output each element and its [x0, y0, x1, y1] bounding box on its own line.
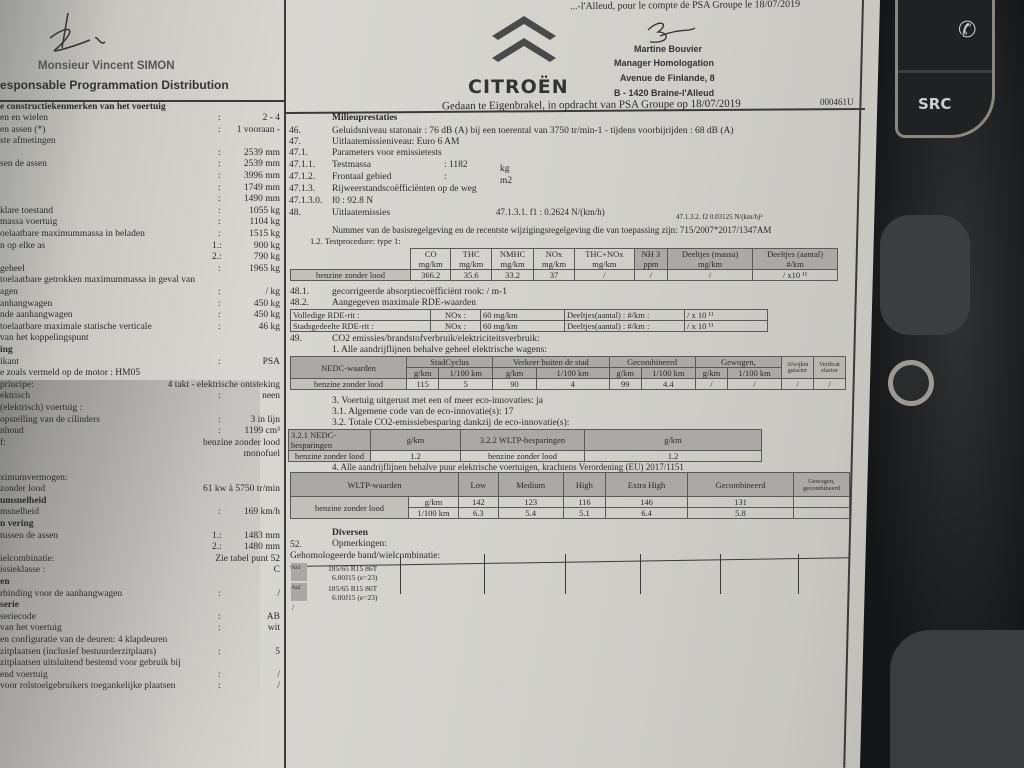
nedc-group-header: Gecombineerd	[609, 357, 695, 368]
nedc-value: 5	[439, 379, 493, 390]
item-number: 47.1.2.	[289, 172, 315, 183]
emission-header-unit: mg/km	[536, 259, 571, 269]
column-divider	[484, 554, 485, 594]
wltp-column-header: Extra High	[606, 473, 688, 497]
wltp-savings-label: 3.2.2 WLTP-besparingen	[461, 430, 585, 451]
nedc-value: 99	[609, 379, 641, 390]
spec-value: C	[274, 565, 280, 576]
spec-value: /	[277, 670, 280, 681]
nedc-value: /	[814, 379, 846, 390]
spec-value: 1055 kg	[249, 206, 280, 217]
spec-label: end voertuig	[0, 670, 48, 681]
rde-label: Volledige RDE-rit :	[291, 310, 431, 321]
emission-header-name: NOx	[536, 249, 571, 259]
nedc-value: 4	[536, 379, 609, 390]
spec-label: serie	[0, 600, 19, 611]
emission-header-name: Deeltjes (massa)	[670, 249, 750, 259]
nedc-group-header: Verificat efactor	[814, 357, 846, 379]
rde-nox-value: 60 mg/km	[481, 310, 565, 321]
spec-separator: :	[218, 357, 221, 368]
item-number: 47.	[289, 137, 301, 148]
src-button[interactable]: SRC	[918, 95, 951, 113]
column-divider	[720, 554, 721, 594]
spec-label: sen de assen	[0, 159, 47, 170]
spec-separator: :	[218, 507, 221, 518]
spec-label: tussen de assen	[0, 531, 58, 542]
nedc-subheader: 1/100 km	[728, 368, 782, 379]
spec-separator: :	[218, 647, 221, 658]
signatory-title: esponsable Programmation Distribution	[0, 78, 229, 92]
nedc-value: 90	[493, 379, 537, 390]
emission-header-name: THC+NOx	[577, 249, 632, 259]
regulation-number: Nummer van de basisregelgeving en de rec…	[332, 225, 771, 236]
spec-separator: :	[218, 171, 221, 182]
spec-label: umsnelheid	[0, 496, 46, 507]
spec-separator: :	[218, 217, 221, 228]
spec-value: 1480 mm	[244, 542, 280, 553]
emission-header-name: CO	[413, 249, 448, 259]
item-text: Rijweerstandscoëfficiënten op de weg	[332, 184, 477, 195]
fuel-label: benzine zonder lood	[291, 270, 411, 281]
rde-nox-label: NOx :	[431, 310, 481, 321]
left-section-title: e constructiekenmerken van het voertuig	[0, 102, 166, 113]
registration-certificate: Monsieur Vincent SIMON esponsable Progra…	[0, 0, 880, 768]
spec-label: voor rolstoelgebruikers toegankelijke pl…	[0, 681, 175, 692]
emission-header-name: Deeltjes (aantal)	[755, 249, 835, 259]
item-text: f0 : 92.8 N	[332, 196, 373, 207]
nedc-value: /	[695, 379, 727, 390]
wltp-column-header: Gecombineerd	[687, 473, 793, 497]
rde-pn-label: Deeltjes(aantal) : #/km :	[565, 321, 685, 332]
axle-label: As1	[291, 563, 307, 581]
wltp-value: 116	[563, 497, 605, 508]
spec-value: 1483 mm	[244, 531, 280, 542]
column-divider	[640, 554, 641, 594]
emission-header: THC+NOxmg/km	[574, 249, 634, 270]
emission-header-unit: mg/km	[413, 259, 448, 269]
item-text: Geluidsniveau statonair : 76 dB (A) bij …	[332, 126, 734, 137]
f1-coefficient: 47.1.3.1. f1 : 0.2624 N/(km/h)	[496, 207, 605, 218]
spec-label: e zoals vermeld op de motor : HM05	[0, 368, 140, 379]
emission-header-unit: ppm	[637, 259, 665, 269]
spec-label: van het koppelingspunt	[0, 333, 89, 344]
wltp-table: WLTP-waardenLowMediumHighExtra HighGecom…	[290, 472, 850, 519]
line-48-2-text: Aangegeven maximale RDE-waarden	[332, 298, 476, 309]
line-49-text: CO2 emissies/brandstofverbruik/elektrici…	[332, 334, 540, 345]
nedc-title: NEDC-waarden	[291, 357, 407, 379]
line-52-num: 52.	[290, 540, 302, 551]
line-52-text: Opmerkingen:	[332, 539, 387, 550]
emission-table: COmg/kmTHCmg/kmNMHCmg/kmNOxmg/kmTHC+NOxm…	[290, 248, 838, 281]
spec-label: msnelheid	[0, 507, 39, 518]
spec-value: 900 kg	[254, 241, 280, 252]
spec-separator: 2.:	[212, 542, 222, 553]
emission-header-unit: mg/km	[494, 259, 531, 269]
spec-value: 790 kg	[254, 252, 280, 263]
rde-pn-label: Deeltjes(aantal) : #/km :	[565, 310, 685, 321]
spec-label: (elektrisch) voertuig :	[0, 403, 82, 414]
spec-separator: :	[218, 681, 221, 692]
spec-value: 1490 mm	[244, 194, 280, 205]
spec-label: geheel	[0, 264, 25, 275]
nedc-value: /	[782, 379, 814, 390]
spec-value: 2 - 4	[263, 113, 280, 124]
tyre-extra: /	[292, 602, 294, 613]
wltp-unit: 1/100 km	[409, 508, 459, 519]
spec-separator: :	[218, 589, 221, 600]
spec-separator: :	[218, 426, 221, 437]
spec-value: 450 kg	[254, 310, 280, 321]
line-49-1: 1. Alle aandrijflijnen behalve geheel el…	[332, 345, 547, 356]
wltp-column-header: Medium	[498, 473, 563, 497]
wltp-savings-fuel: benzine zonder lood	[461, 451, 585, 462]
spec-label: en configuratie van de deuren: 4 klapdeu…	[0, 635, 167, 646]
wltp-savings-value: 1.2	[585, 451, 762, 462]
nedc-table: NEDC-waardenStadCyclusVerkeer buiten de …	[290, 356, 846, 390]
misc-title: Diversen	[332, 528, 368, 539]
spec-value: 1199 cm³	[245, 426, 280, 437]
nedc-group-header: Verkeer buiten de stad	[493, 357, 609, 368]
item-text: Frontaal gebied	[332, 172, 391, 183]
nedc-value: 4.4	[641, 379, 695, 390]
item-number: 47.1.3.	[289, 184, 315, 195]
spec-label: en en wielen	[0, 113, 48, 124]
spec-label: ielcombinatie:	[0, 554, 54, 565]
nedc-subheader: 1/100 km	[439, 368, 493, 379]
nedc-subheader: 1/100 km	[536, 368, 609, 379]
spec-separator: :	[218, 299, 221, 310]
spec-label: oelaatbare maximummassa in beladen	[0, 229, 145, 240]
spec-value: 4 takt - elektrische ontsteking	[168, 380, 280, 391]
address-street: Avenue de Finlande, 8	[620, 73, 715, 83]
spec-label: anhangwagen	[0, 299, 52, 310]
spec-separator: :	[218, 322, 221, 333]
spec-value: 1965 kg	[249, 264, 280, 275]
emission-header: Deeltjes (massa)mg/km	[667, 249, 752, 270]
spec-separator: :	[218, 183, 221, 194]
spec-separator: :	[218, 623, 221, 634]
wltp-value: 5.4	[498, 508, 563, 519]
signatory-name-right: Martine Bouvier	[634, 44, 702, 54]
brand-wordmark: CITROËN	[468, 76, 569, 98]
spec-separator: :	[218, 264, 221, 275]
spec-label: ing	[0, 345, 13, 356]
emission-header-name: THC	[453, 249, 488, 259]
wltp-unit: g/km	[409, 497, 459, 508]
spec-separator: :	[218, 113, 221, 124]
rim-size: 6.00J15 (e=23)	[332, 572, 377, 583]
item-unit: kg	[500, 164, 510, 175]
wltp-column-header: High	[563, 473, 605, 497]
rde-label: Stadsgedeelte RDE-rit :	[291, 321, 431, 332]
wltp-value: 5.8	[687, 508, 793, 519]
line-48-1-text: gecorrigeerde absorptiecoëfficiënt rook:…	[332, 287, 507, 298]
line-49-num: 49.	[290, 334, 302, 345]
spec-value: 169 km/h	[244, 507, 280, 518]
spec-label: ektrisch	[0, 391, 30, 402]
line-48-1-num: 48.1.	[290, 287, 309, 298]
column-divider	[400, 554, 401, 594]
item-number: 46.	[289, 126, 301, 137]
spec-label: ste afmetingen	[0, 136, 56, 147]
spec-separator: :	[218, 148, 221, 159]
spec-value: 3 in lijn	[250, 415, 280, 426]
spec-value: 2539 mm	[244, 159, 280, 170]
rde-pn-value: / x 10 ¹¹	[685, 321, 768, 332]
spec-label: klare toestand	[0, 206, 53, 217]
emission-header: THCmg/km	[451, 249, 491, 270]
spec-label: nhoud	[0, 426, 24, 437]
column-divider	[565, 554, 566, 594]
emission-value: /	[574, 270, 634, 281]
nedc-value: 115	[407, 379, 439, 390]
spec-label: zitplaatsen (inclusief bestuurderzitplaa…	[0, 647, 156, 658]
emission-header-name: NMHC	[494, 249, 531, 259]
item-number: 47.1.3.0.	[289, 196, 322, 207]
spec-separator: :	[218, 415, 221, 426]
spec-value: 450 kg	[254, 299, 280, 310]
spec-label: principe:	[0, 380, 34, 391]
column-divider	[284, 0, 286, 768]
rde-row: Volledige RDE-rit :NOx :60 mg/kmDeeltjes…	[291, 310, 768, 321]
wltp-value: 146	[606, 497, 688, 508]
co2-savings-table: 3.2.1 NEDC-besparingen g/km 3.2.2 WLTP-b…	[288, 429, 762, 462]
item-text: Uitlaatemissieniveau: Euro 6 AM	[332, 137, 459, 148]
emission-header: NMHCmg/km	[491, 249, 533, 270]
column-divider	[798, 554, 799, 594]
nedc-savings-fuel: benzine zonder lood	[289, 451, 371, 462]
item-unit: m2	[500, 176, 512, 187]
item-value: : 1182	[444, 160, 468, 171]
rde-pn-value: / x 10 ¹¹	[685, 310, 768, 321]
wltp-value: 131	[687, 497, 793, 508]
spec-value: AB	[267, 612, 280, 623]
spec-value: 1 vooraan -	[237, 125, 280, 136]
spec-value: monofuel	[244, 449, 280, 460]
item-number: 47.1.1.	[289, 160, 315, 171]
spec-label: en assen (*)	[0, 125, 45, 136]
spec-label: n vering	[0, 519, 34, 530]
nedc-savings-value: 1.2	[371, 451, 461, 462]
emission-value: / x10 ¹¹	[753, 270, 838, 281]
item-value: :	[444, 172, 447, 183]
emission-value: 366.2	[411, 270, 451, 281]
spec-label: massa voertuig	[0, 217, 57, 228]
wltp-title: WLTP-waarden	[291, 473, 459, 497]
address-city: B - 1420 Braine-l'Alleud	[614, 88, 714, 98]
spec-label: n op elke as	[0, 241, 45, 252]
emission-header: NOxmg/km	[534, 249, 574, 270]
emission-value: 35.6	[451, 270, 491, 281]
spec-label: zitplaatsen uitsluitend bestemd voor geb…	[0, 658, 181, 669]
section-title-milieu: Milieuprestaties	[332, 113, 397, 124]
wltp-value	[794, 497, 850, 508]
item-text: Uitlaatemissies	[332, 208, 390, 219]
signatory-name: Monsieur Vincent SIMON	[38, 60, 175, 72]
spec-separator: 1.:	[212, 241, 222, 252]
spec-label: seriecode	[0, 612, 36, 623]
wltp-column-header: Gewogen, gecombineerd	[794, 473, 850, 497]
spec-separator: :	[218, 287, 221, 298]
eco-innovation-3-2: 3.2. Totale CO2-emissiebesparing dankzij…	[332, 418, 569, 429]
steering-wheel-control-pad: ✆ SRC	[895, 0, 995, 138]
spec-separator: :	[218, 391, 221, 402]
emission-header-unit: mg/km	[670, 259, 750, 269]
emission-value: /	[667, 270, 752, 281]
spec-label: ximumvermogen:	[0, 473, 68, 484]
rde-row: Stadsgedeelte RDE-rit :NOx :60 mg/kmDeel…	[291, 321, 768, 332]
page-border	[843, 0, 864, 768]
spec-separator: :	[218, 206, 221, 217]
spec-separator: :	[218, 229, 221, 240]
spec-value: PSA	[263, 357, 280, 368]
nedc-fuel-label: benzine zonder lood	[291, 379, 407, 390]
wltp-value: 142	[459, 497, 499, 508]
spec-label: issieklasse :	[0, 565, 45, 576]
spec-separator: :	[218, 310, 221, 321]
spec-value: 5	[275, 647, 280, 658]
dashboard-panel	[890, 630, 1024, 768]
spec-separator: :	[218, 125, 221, 136]
wltp-value: 5.1	[563, 508, 605, 519]
spec-separator: :	[218, 159, 221, 170]
spec-value: 46 kg	[259, 322, 280, 333]
spec-value: neen	[262, 391, 280, 402]
spec-value: 61 kw à 5750 tr/min	[203, 484, 280, 495]
spec-value: 1515 kg	[249, 229, 280, 240]
nedc-subheader: g/km	[695, 368, 727, 379]
item-number: 47.1.	[289, 148, 308, 159]
emission-header-unit: #/km	[755, 259, 835, 269]
nedc-savings-unit: g/km	[371, 430, 461, 451]
emission-header-unit: mg/km	[577, 259, 632, 269]
header-top-line: ...-l'Alleud, pour le compte de PSA Grou…	[570, 0, 800, 12]
emission-value: /	[634, 270, 667, 281]
emission-header: Deeltjes (aantal)#/km	[753, 249, 838, 270]
spec-value: /	[277, 589, 280, 600]
rde-table: Volledige RDE-rit :NOx :60 mg/kmDeeltjes…	[290, 309, 768, 332]
vent-knob	[888, 360, 934, 406]
wltp-savings-unit: g/km	[585, 430, 762, 451]
test-procedure: 1.2. Testprocedure: type 1:	[310, 236, 401, 247]
nedc-savings-label: 3.2.1 NEDC-besparingen	[289, 430, 371, 451]
eco-innovation-3-1: 3.1. Algemene code van de eco-innovatie(…	[332, 407, 514, 418]
wltp-value: 6.4	[606, 508, 688, 519]
wltp-value: 123	[498, 497, 563, 508]
axle-label: As2	[291, 583, 307, 601]
citroen-logo-icon	[488, 10, 560, 70]
spec-label: zonder lood	[0, 484, 45, 495]
nedc-group-header: Afwijkin gsfactor	[782, 357, 814, 379]
spec-value: wit	[268, 623, 280, 634]
nedc-subheader: 1/100 km	[641, 368, 695, 379]
emission-header: NH 3ppm	[634, 249, 667, 270]
item-number: 48.	[289, 208, 301, 219]
line-48-2-num: 48.2.	[290, 298, 309, 309]
spec-value: benzine zonder lood	[203, 438, 280, 449]
wltp-value: 6.3	[459, 508, 499, 519]
emission-header: COmg/km	[411, 249, 451, 270]
spec-value: Zie tabel punt 52	[215, 554, 280, 565]
spec-value: 3996 mm	[244, 171, 280, 182]
spec-value: /	[277, 681, 280, 692]
signatory-title-right: Manager Homologation	[614, 58, 714, 68]
emission-value: 37	[534, 270, 574, 281]
spec-value: 1749 mm	[244, 183, 280, 194]
emission-header-unit: mg/km	[453, 259, 488, 269]
item-text: Testmassa	[332, 160, 371, 171]
signature-simon	[40, 8, 120, 58]
spec-label: rbinding voor de aanhangwagen	[0, 589, 122, 600]
pad-divider	[898, 70, 992, 73]
spec-separator: 1.:	[212, 531, 222, 542]
item-text: Parameters voor emissietests	[332, 148, 442, 159]
spec-separator: :	[218, 612, 221, 623]
spec-label: nde aanhangwagen	[0, 310, 73, 321]
document-number: 000461U	[820, 97, 854, 108]
emission-header-name: NH 3	[637, 249, 665, 259]
eco-innovation-3: 3. Voertuig uitgerust met een of meer ec…	[332, 396, 543, 407]
rim-size: 6.00J15 (e=23)	[332, 592, 377, 603]
emission-value: 33.2	[491, 270, 533, 281]
nedc-group-header: Gewogen,	[695, 357, 781, 368]
spec-value: 2539 mm	[244, 148, 280, 159]
spec-label: f:	[0, 438, 6, 449]
spec-separator: :	[218, 670, 221, 681]
nedc-subheader: g/km	[493, 368, 537, 379]
spec-label: opstelling van de cilinders	[0, 415, 100, 426]
nedc-subheader: g/km	[407, 368, 439, 379]
air-vent	[880, 215, 970, 335]
nedc-value: /	[728, 379, 782, 390]
f2-coefficient: 47.1.3.2. f2 0.03125 N/(km/h)²	[676, 212, 762, 223]
spec-label: van het voertuig	[0, 623, 62, 634]
spec-value: 1104 kg	[249, 217, 280, 228]
spec-separator: :	[218, 194, 221, 205]
spec-label: en	[0, 577, 10, 588]
spec-value: / kg	[265, 287, 280, 298]
nedc-subheader: g/km	[609, 368, 641, 379]
rde-nox-value: 60 mg/km	[481, 321, 565, 332]
spec-label: toelaatbare maximale statische verticale	[0, 322, 152, 333]
spec-label: toelaatbare getrokken maximummassa in ge…	[0, 275, 195, 286]
spec-separator: 2.:	[212, 252, 222, 263]
phone-icon[interactable]: ✆	[958, 18, 976, 43]
spec-label: ikant	[0, 357, 19, 368]
rde-nox-label: NOx :	[431, 321, 481, 332]
wltp-column-header: Low	[459, 473, 499, 497]
nedc-group-header: StadCyclus	[407, 357, 493, 368]
wltp-fuel-label: benzine zonder lood	[291, 497, 409, 519]
tyre-title: Gehomologeerde band/wielcombinatie:	[290, 551, 440, 562]
wltp-value	[794, 508, 850, 519]
spec-label: agen	[0, 287, 18, 298]
